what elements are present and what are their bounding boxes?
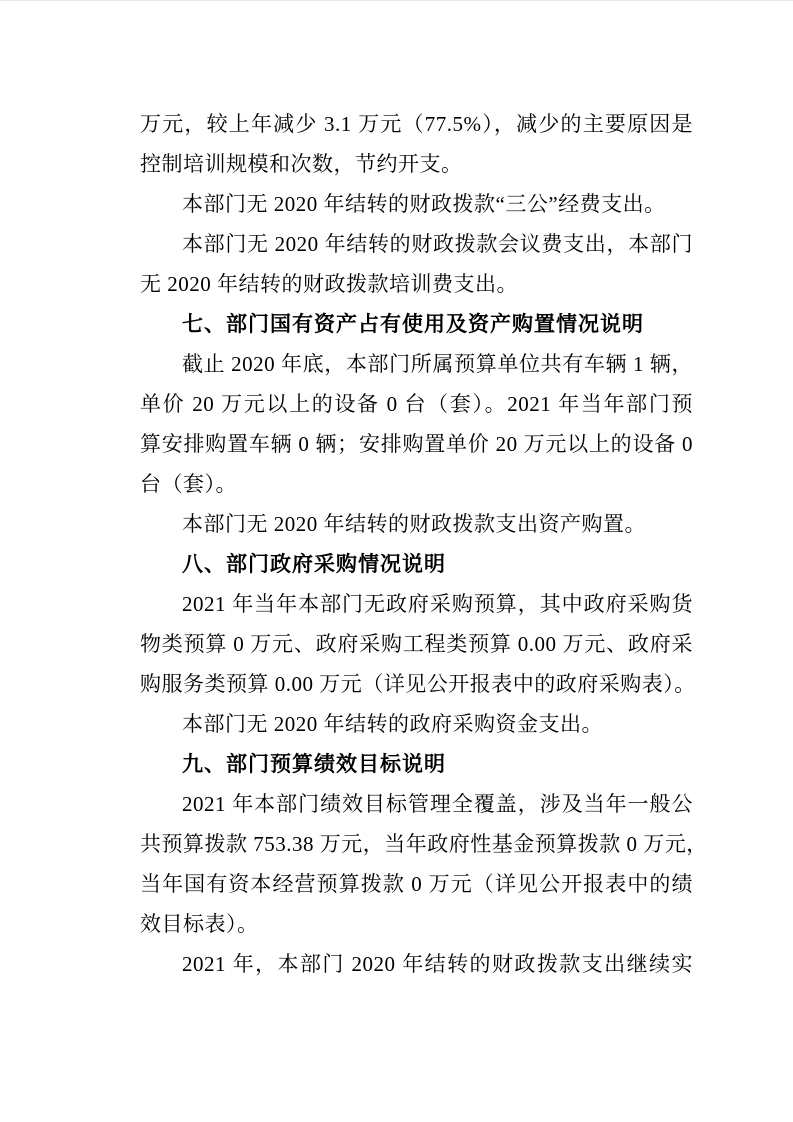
- text-line: 控制培训规模和次数，节约开支。: [140, 144, 693, 184]
- text-line: 截止 2020 年底，本部门所属预算单位共有车辆 1 辆，: [140, 344, 693, 384]
- text-line: 本部门无 2020 年结转的财政拨款“三公”经费支出。: [140, 184, 693, 224]
- text-line: 2021 年，本部门 2020 年结转的财政拨款支出继续实: [140, 944, 693, 984]
- section-heading-9: 九、部门预算绩效目标说明: [140, 744, 693, 784]
- text-line: 算安排购置车辆 0 辆；安排购置单价 20 万元以上的设备 0: [140, 424, 693, 464]
- text-line: 物类预算 0 万元、政府采购工程类预算 0.00 万元、政府采: [140, 624, 693, 664]
- text-line: 购服务类预算 0.00 万元（详见公开报表中的政府采购表）。: [140, 664, 693, 704]
- text-line: 万元，较上年减少 3.1 万元（77.5%），减少的主要原因是: [140, 104, 693, 144]
- text-line: 效目标表）。: [140, 904, 693, 944]
- text-line: 2021 年本部门绩效目标管理全覆盖，涉及当年一般公: [140, 784, 693, 824]
- text-line: 单价 20 万元以上的设备 0 台（套）。2021 年当年部门预: [140, 384, 693, 424]
- text-line: 共预算拨款 753.38 万元，当年政府性基金预算拨款 0 万元，: [140, 824, 693, 864]
- text-line: 本部门无 2020 年结转的政府采购资金支出。: [140, 704, 693, 744]
- text-line: 2021 年当年本部门无政府采购预算，其中政府采购货: [140, 584, 693, 624]
- text-line: 当年国有资本经营预算拨款 0 万元（详见公开报表中的绩: [140, 864, 693, 904]
- text-line: 无 2020 年结转的财政拨款培训费支出。: [140, 264, 693, 304]
- text-line: 本部门无 2020 年结转的财政拨款支出资产购置。: [140, 504, 693, 544]
- document-page: 万元，较上年减少 3.1 万元（77.5%），减少的主要原因是 控制培训规模和次…: [0, 0, 793, 1122]
- section-heading-7: 七、部门国有资产占有使用及资产购置情况说明: [140, 304, 693, 344]
- text-line: 台（套）。: [140, 464, 693, 504]
- text-block: 万元，较上年减少 3.1 万元（77.5%），减少的主要原因是 控制培训规模和次…: [140, 104, 693, 984]
- text-line: 本部门无 2020 年结转的财政拨款会议费支出，本部门: [140, 224, 693, 264]
- section-heading-8: 八、部门政府采购情况说明: [140, 544, 693, 584]
